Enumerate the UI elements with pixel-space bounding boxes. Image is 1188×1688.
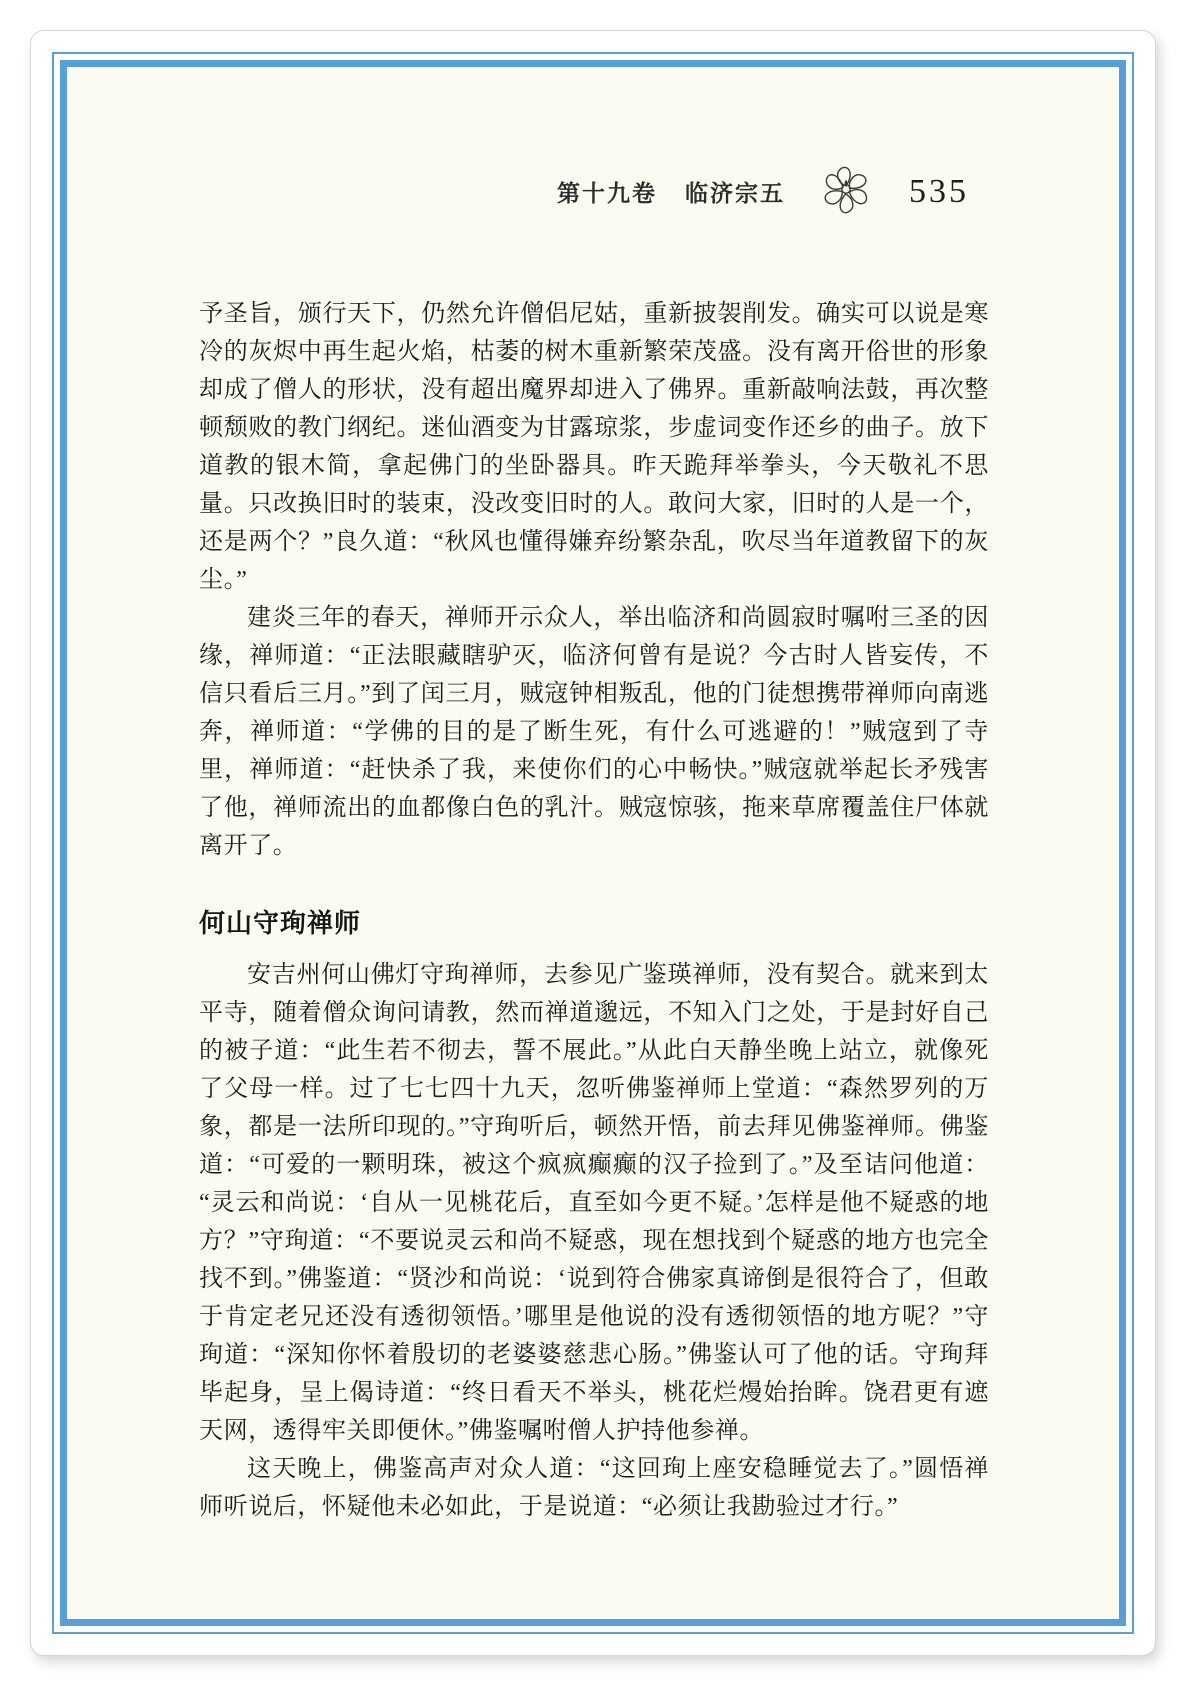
page-header: 第十九卷 临济宗五 <box>557 162 969 221</box>
paragraph-segment: 安吉州何山佛灯守珣禅师，去参见广鉴瑛禅师，没有契合。就来到太平寺，随着僧众询问请… <box>199 962 989 1406</box>
page-number: 535 <box>909 173 969 211</box>
paragraph-continuation: 予圣旨，颁行天下，仍然允许僧侣尼姑，重新披袈削发。确实可以说是寒冷的灰烬中再生起… <box>199 295 989 599</box>
page-body: 予圣旨，颁行天下，仍然允许僧侣尼姑，重新披袈削发。确实可以说是寒冷的灰烬中再生起… <box>199 295 989 1526</box>
paragraph: 安吉州何山佛灯守珣禅师，去参见广鉴瑛禅师，没有契合。就来到太平寺，随着僧众询问请… <box>199 956 989 1450</box>
book-page: 第十九卷 临济宗五 <box>30 30 1156 1656</box>
section-heading: 何山守珣禅师 <box>199 903 989 940</box>
paragraph: 这天晚上，佛鉴高声对众人道：“这回珣上座安稳睡觉去了。”圆悟禅师听说后，怀疑他未… <box>199 1450 989 1526</box>
flower-ornament-icon <box>815 162 877 221</box>
page-background: 第十九卷 临济宗五 <box>0 0 1188 1688</box>
paragraph-segment: ”佛鉴嘱咐僧人护持他参禅。 <box>458 1418 764 1444</box>
paragraph: 建炎三年的春天，禅师开示众人，举出临济和尚圆寂时嘱咐三圣的因缘，禅师道：“正法眼… <box>199 599 989 865</box>
inner-frame-border: 第十九卷 临济宗五 <box>60 60 1126 1626</box>
section-label: 临济宗五 <box>685 175 785 208</box>
volume-label: 第十九卷 <box>557 175 657 208</box>
